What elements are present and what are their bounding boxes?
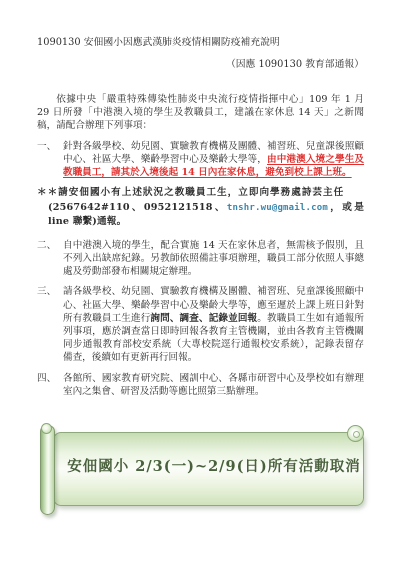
- emphasized-text: 詢問、調查、記錄並回報: [150, 313, 257, 324]
- list-item-1: 一、 針對各級學校、幼兒園、實驗教育機構及團體、補習班、兒童課後照顧中心、社區大…: [37, 140, 364, 180]
- notice-line-1: ＊＊請安佃國小有上述狀況之教職員工生，立即向學務處詩芸主任: [37, 186, 364, 201]
- intro-paragraph: 依據中央「嚴重特殊傳染性肺炎中央流行疫情指揮中心」109 年 1 月 29 日所…: [37, 93, 364, 133]
- item-text: 自中港澳入境的學生，配合實施 14 天在家休息者，無需核予假別，且不列入出缺席紀…: [63, 239, 364, 279]
- scroll-banner: 安佃國小 2/3(一)~2/9(日)所有活動取消: [40, 422, 366, 518]
- scroll-roll-bar: [40, 425, 55, 515]
- item-text: 各館所、國家教育研究院、國訓中心、各縣市研習中心及學校如有辦理室內之集會、研習及…: [63, 372, 364, 398]
- notice-contact-numbers: (2567642#110、0952121518、: [48, 202, 227, 213]
- list-item-4: 四、 各館所、國家教育研究院、國訓中心、各縣市研習中心及學校如有辦理室內之集會、…: [37, 372, 364, 398]
- list-item-2: 二、 自中港澳入境的學生，配合實施 14 天在家休息者，無需核予假別，且不列入出…: [37, 239, 364, 279]
- notice-line-2: (2567642#110、0952121518、tnshr.wu@gmail.c…: [37, 201, 364, 230]
- doc-title: 1090130 安佃國小因應武漢肺炎疫情相關防疫補充說明: [37, 36, 364, 49]
- item-number: 四、: [37, 372, 63, 398]
- email-link[interactable]: tnshr.wu@gmail.com: [227, 203, 328, 213]
- item-number: 一、: [37, 140, 63, 180]
- item-number: 三、: [37, 285, 63, 364]
- scroll-curl-icon: [347, 425, 364, 442]
- document-body: 1090130 安佃國小因應武漢肺炎疫情相關防疫補充說明 （因應 1090130…: [37, 36, 364, 405]
- item-number: 二、: [37, 239, 63, 279]
- banner-text: 安佃國小 2/3(一)~2/9(日)所有活動取消: [66, 455, 362, 476]
- list-item-3: 三、 請各級學校、幼兒園、實驗教育機構及團體、補習班、兒童課後照顧中心、社區大學…: [37, 285, 364, 364]
- scroll-roll-cap-icon: [41, 423, 52, 434]
- item-text: 針對各級學校、幼兒園、實驗教育機構及團體、補習班、兒童課後照顧中心、社區大學、樂…: [63, 140, 364, 180]
- doc-subtitle: （因應 1090130 教育部通報）: [37, 58, 364, 71]
- item-text: 請各級學校、幼兒園、實驗教育機構及團體、補習班、兒童課後照顧中心、社區大學、樂齡…: [63, 285, 364, 364]
- notice-block: ＊＊請安佃國小有上述狀況之教職員工生，立即向學務處詩芸主任 (2567642#1…: [37, 186, 364, 230]
- document-page: 1090130 安佃國小因應武漢肺炎疫情相關防疫補充說明 （因應 1090130…: [0, 0, 400, 566]
